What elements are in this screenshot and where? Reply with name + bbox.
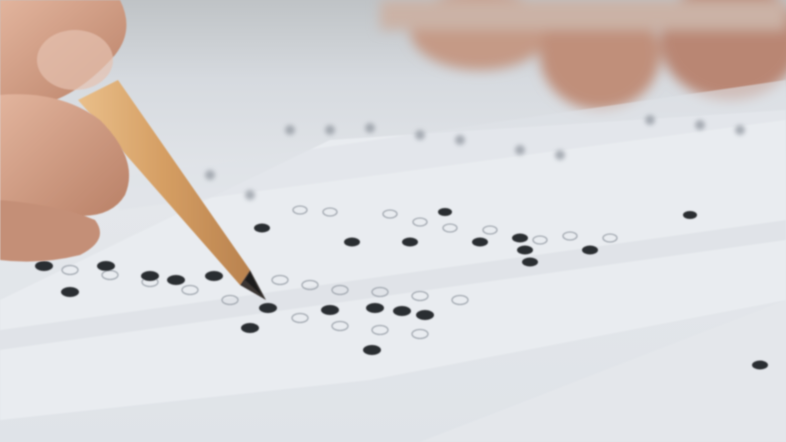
hand bbox=[0, 0, 129, 262]
answer-sheet-photo bbox=[0, 0, 786, 442]
photo-scene bbox=[0, 0, 786, 442]
